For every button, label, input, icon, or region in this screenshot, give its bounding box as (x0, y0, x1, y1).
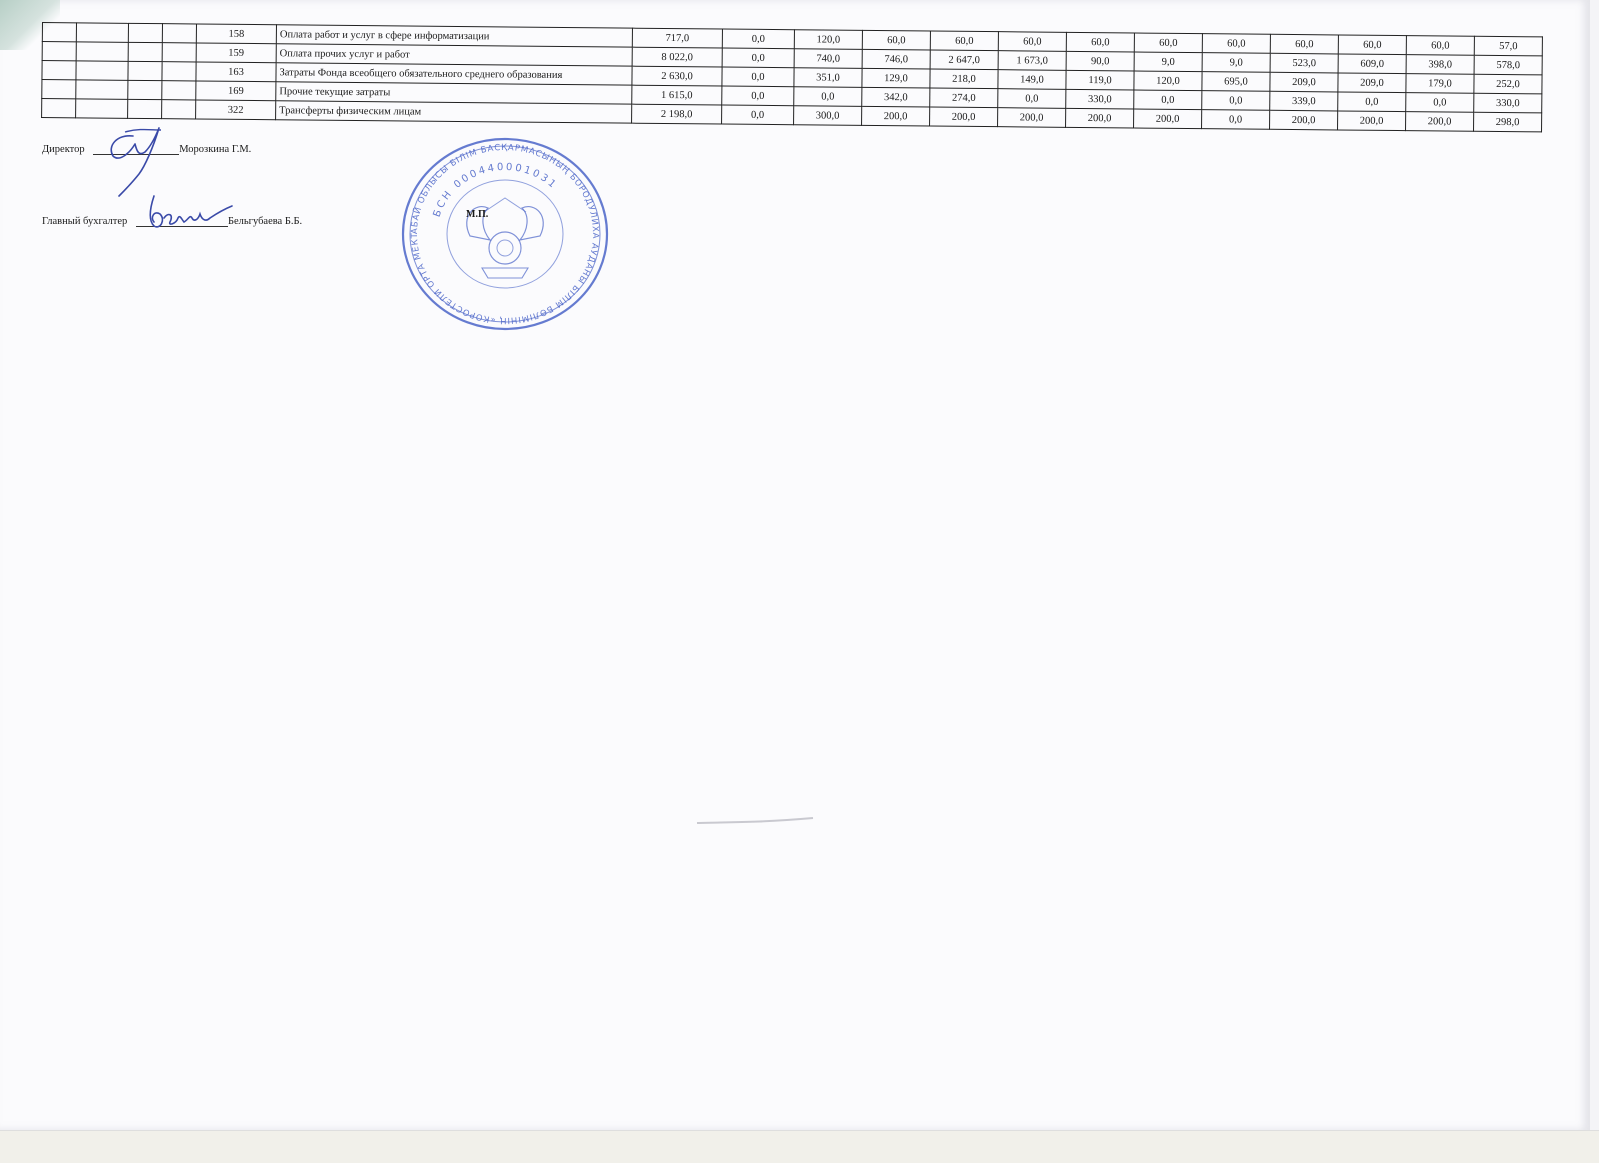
director-name: Морозкина Г.М. (179, 144, 251, 155)
empty-cell (42, 61, 76, 80)
month-value-cell: 330,0 (1474, 93, 1542, 113)
month-value-cell: 119,0 (1066, 70, 1134, 90)
empty-cell (128, 42, 162, 61)
month-value-cell: 0,0 (722, 86, 794, 106)
accountant-name: Бельгубаева Б.Б. (228, 216, 302, 227)
month-value-cell: 1 673,0 (998, 51, 1066, 71)
empty-cell (162, 43, 196, 62)
month-value-cell: 90,0 (1066, 51, 1134, 71)
month-value-cell: 0,0 (998, 89, 1066, 109)
month-value-cell: 0,0 (794, 87, 862, 107)
scan-smudge (695, 816, 815, 826)
month-value-cell: 252,0 (1474, 74, 1542, 94)
month-value-cell: 60,0 (998, 32, 1066, 52)
month-value-cell: 746,0 (862, 49, 930, 69)
month-value-cell: 0,0 (1202, 110, 1270, 130)
total-value-cell: 717,0 (632, 28, 722, 48)
budget-table: 158Оплата работ и услуг в сфере информат… (41, 22, 1543, 132)
month-value-cell: 9,0 (1134, 52, 1202, 72)
month-value-cell: 60,0 (1338, 35, 1406, 55)
empty-cell (128, 61, 162, 80)
month-value-cell: 342,0 (862, 87, 930, 107)
director-signature-line (93, 154, 179, 155)
month-value-cell: 200,0 (998, 108, 1066, 128)
empty-cell (76, 61, 128, 80)
month-value-cell: 200,0 (862, 106, 930, 126)
month-value-cell: 209,0 (1338, 73, 1406, 93)
month-value-cell: 0,0 (722, 48, 794, 68)
total-value-cell: 2 630,0 (632, 66, 722, 86)
month-value-cell: 609,0 (1338, 54, 1406, 74)
empty-cell (42, 42, 76, 61)
month-value-cell: 578,0 (1474, 55, 1542, 75)
month-value-cell: 695,0 (1202, 72, 1270, 92)
month-value-cell: 0,0 (722, 105, 794, 125)
director-signature-block: Директор Морозкина Г.М. (42, 144, 251, 155)
month-value-cell: 0,0 (1338, 92, 1406, 112)
empty-cell (128, 99, 162, 118)
month-value-cell: 0,0 (722, 67, 794, 87)
month-value-cell: 274,0 (930, 88, 998, 108)
total-value-cell: 8 022,0 (632, 47, 722, 67)
month-value-cell: 60,0 (1406, 36, 1474, 56)
total-value-cell: 1 615,0 (632, 85, 722, 105)
expense-name-cell: Трансферты физическим лицам (276, 101, 632, 123)
month-value-cell: 120,0 (794, 30, 862, 50)
specifics-code-cell: 159 (196, 43, 276, 63)
empty-cell (42, 99, 76, 118)
stamp-place-label: М.П. (466, 209, 488, 220)
month-value-cell: 60,0 (930, 31, 998, 51)
empty-cell (76, 42, 128, 61)
month-value-cell: 523,0 (1270, 53, 1338, 73)
month-value-cell: 149,0 (998, 70, 1066, 90)
scan-bottom-edge (0, 1130, 1599, 1163)
accountant-label: Главный бухгалтер (42, 216, 127, 227)
total-value-cell: 2 198,0 (632, 104, 722, 124)
empty-cell (76, 99, 128, 118)
month-value-cell: 0,0 (1202, 91, 1270, 111)
month-value-cell: 9,0 (1202, 53, 1270, 73)
month-value-cell: 200,0 (1134, 109, 1202, 129)
month-value-cell: 339,0 (1270, 91, 1338, 111)
empty-cell (162, 100, 196, 119)
month-value-cell: 330,0 (1066, 89, 1134, 109)
director-label: Директор (42, 144, 85, 155)
empty-cell (162, 62, 196, 81)
accountant-signature-block: Главный бухгалтер Бельгубаева Б.Б. (42, 216, 302, 227)
month-value-cell: 179,0 (1406, 74, 1474, 94)
empty-cell (76, 23, 128, 42)
specifics-code-cell: 169 (196, 81, 276, 101)
director-handwritten-signature (95, 118, 185, 208)
accountant-signature-line (136, 226, 228, 227)
month-value-cell: 2 647,0 (930, 50, 998, 70)
month-value-cell: 120,0 (1134, 71, 1202, 91)
month-value-cell: 0,0 (1406, 93, 1474, 113)
month-value-cell: 398,0 (1406, 55, 1474, 75)
month-value-cell: 0,0 (1134, 90, 1202, 110)
month-value-cell: 60,0 (1066, 32, 1134, 52)
month-value-cell: 209,0 (1270, 72, 1338, 92)
empty-cell (128, 23, 162, 42)
empty-cell (42, 23, 76, 42)
month-value-cell: 200,0 (1066, 108, 1134, 128)
month-value-cell: 60,0 (1202, 34, 1270, 54)
month-value-cell: 200,0 (1338, 111, 1406, 131)
month-value-cell: 298,0 (1474, 112, 1542, 132)
empty-cell (128, 80, 162, 99)
empty-cell (42, 80, 76, 99)
empty-cell (162, 24, 196, 43)
month-value-cell: 200,0 (930, 107, 998, 127)
specifics-code-cell: 158 (196, 24, 276, 44)
month-value-cell: 351,0 (794, 68, 862, 88)
specifics-code-cell: 322 (196, 100, 276, 120)
scanned-page: 158Оплата работ и услуг в сфере информат… (0, 0, 1590, 1130)
specifics-code-cell: 163 (196, 62, 276, 82)
official-stamp: АБАЙ ОБЛЫСЫ БІЛІМ БАСҚАРМАСЫНЫҢ БОРОДУЛИ… (400, 136, 610, 332)
month-value-cell: 129,0 (862, 68, 930, 88)
month-value-cell: 300,0 (794, 106, 862, 126)
month-value-cell: 57,0 (1474, 36, 1542, 56)
month-value-cell: 218,0 (930, 69, 998, 89)
empty-cell (76, 80, 128, 99)
month-value-cell: 60,0 (1134, 33, 1202, 53)
accountant-handwritten-signature (140, 190, 240, 235)
month-value-cell: 60,0 (862, 30, 930, 50)
month-value-cell: 200,0 (1270, 110, 1338, 130)
month-value-cell: 200,0 (1406, 112, 1474, 132)
month-value-cell: 60,0 (1270, 34, 1338, 54)
month-value-cell: 0,0 (722, 29, 794, 49)
budget-table-wrapper: 158Оплата работ и услуг в сфере информат… (41, 22, 1543, 132)
month-value-cell: 740,0 (794, 49, 862, 69)
empty-cell (162, 81, 196, 100)
